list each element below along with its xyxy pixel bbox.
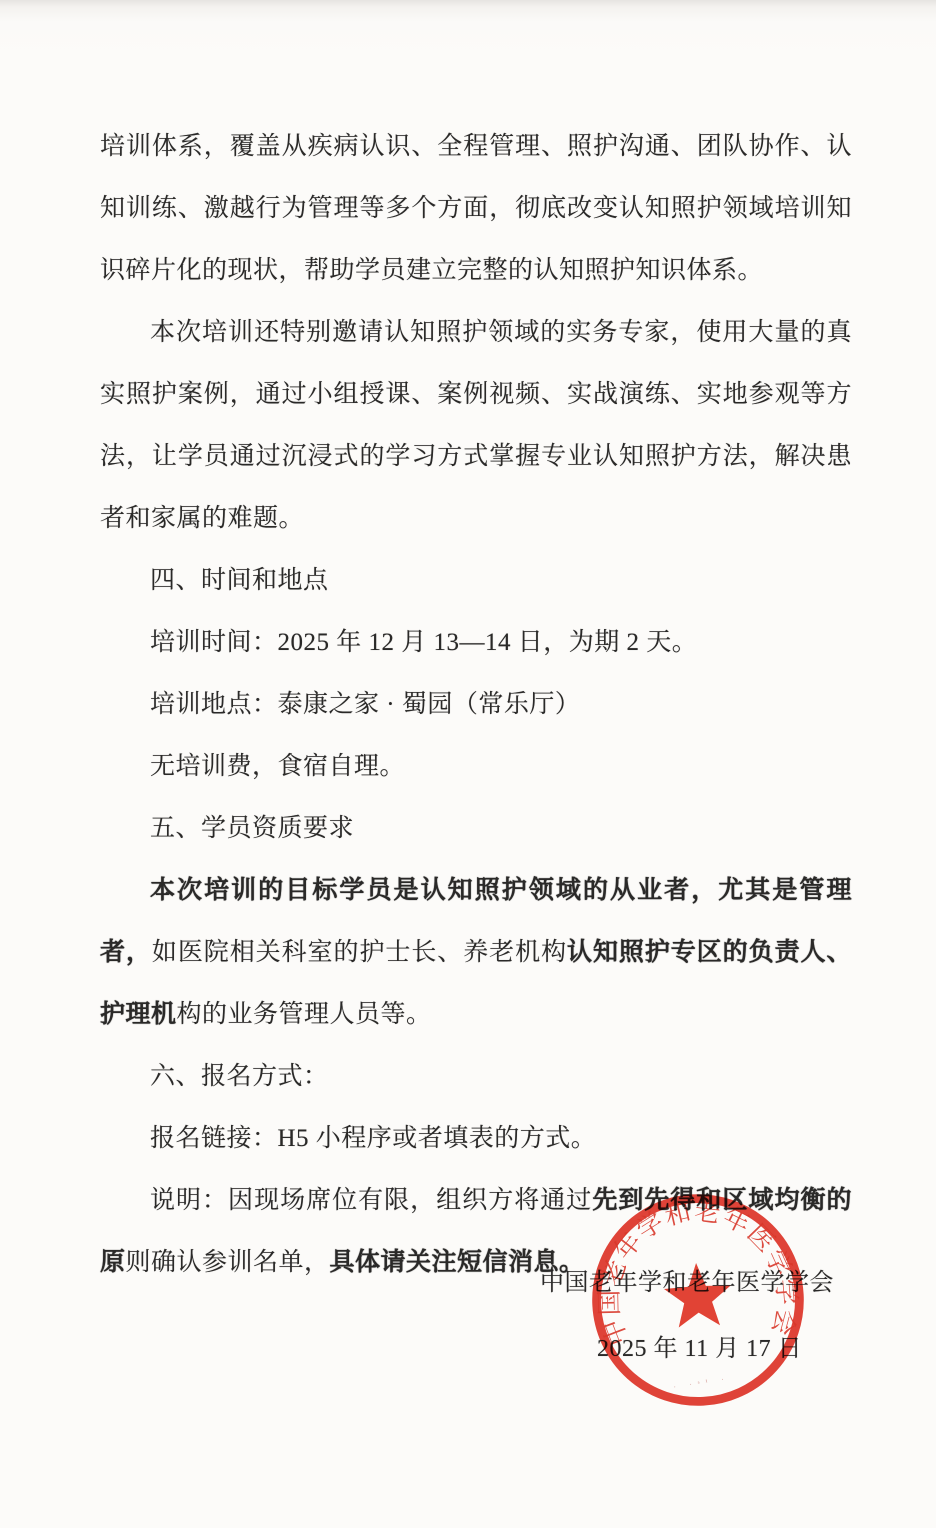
paragraph-text: 无培训费，食宿自理。 [150, 753, 405, 780]
paragraph-text: 说明：因现场席位有限，组织方将通过 [150, 1187, 592, 1214]
paragraph-text: 构的业务管理人员等。 [177, 1001, 432, 1028]
heading-text: 六、报名方式： [150, 1063, 329, 1090]
document-page: 培训体系，覆盖从疾病认识、全程管理、照护沟通、团队协作、认知训练、激越行为管理等… [0, 0, 936, 1528]
paragraph-text: 如医院相关科室的护士长、养老机构 [152, 939, 567, 966]
paragraph-text: 培训体系，覆盖从疾病认识、全程管理、照护沟通、团队协作、认知训练、激越行为管理等… [100, 133, 852, 284]
section-heading-4: 四、时间和地点 [100, 550, 852, 612]
heading-text: 四、时间和地点 [150, 567, 329, 594]
heading-text: 五、学员资质要求 [150, 815, 354, 842]
paragraph-training-fee: 无培训费，食宿自理。 [100, 736, 852, 798]
paragraph-text: 培训时间：2025 年 12 月 13—14 日，为期 2 天。 [150, 629, 697, 656]
paragraph-opening: 培训体系，覆盖从疾病认识、全程管理、照护沟通、团队协作、认知训练、激越行为管理等… [100, 116, 852, 302]
paragraph-training-time: 培训时间：2025 年 12 月 13—14 日，为期 2 天。 [100, 612, 852, 674]
star-icon [663, 1261, 733, 1328]
paragraph-training-place: 培训地点：泰康之家 · 蜀园（常乐厅） [100, 674, 852, 736]
paragraph-registration-link: 报名链接：H5 小程序或者填表的方式。 [100, 1108, 852, 1170]
document-body: 培训体系，覆盖从疾病认识、全程管理、照护沟通、团队协作、认知训练、激越行为管理等… [0, 0, 936, 1294]
paragraph-text: 报名链接：H5 小程序或者填表的方式。 [150, 1125, 596, 1152]
paragraph-text: 培训地点：泰康之家 · 蜀园（常乐厅） [150, 691, 580, 718]
paragraph-text: 本次培训还特别邀请认知照护领域的实务专家，使用大量的真实照护案例，通过小组授课、… [100, 319, 852, 532]
paragraph-text: 则确认参训名单， [126, 1249, 330, 1276]
paragraph-target-students: 本次培训的目标学员是认知照护领域的从业者，尤其是管理者，如医院相关科室的护士长、… [100, 860, 852, 1046]
official-seal: 中国老年学和老年医学学会 · ·ᵃ¹ · [575, 1177, 821, 1423]
paragraph-experts: 本次培训还特别邀请认知照护领域的实务专家，使用大量的真实照护案例，通过小组授课、… [100, 302, 852, 550]
section-heading-5: 五、学员资质要求 [100, 798, 852, 860]
section-heading-6: 六、报名方式： [100, 1046, 852, 1108]
